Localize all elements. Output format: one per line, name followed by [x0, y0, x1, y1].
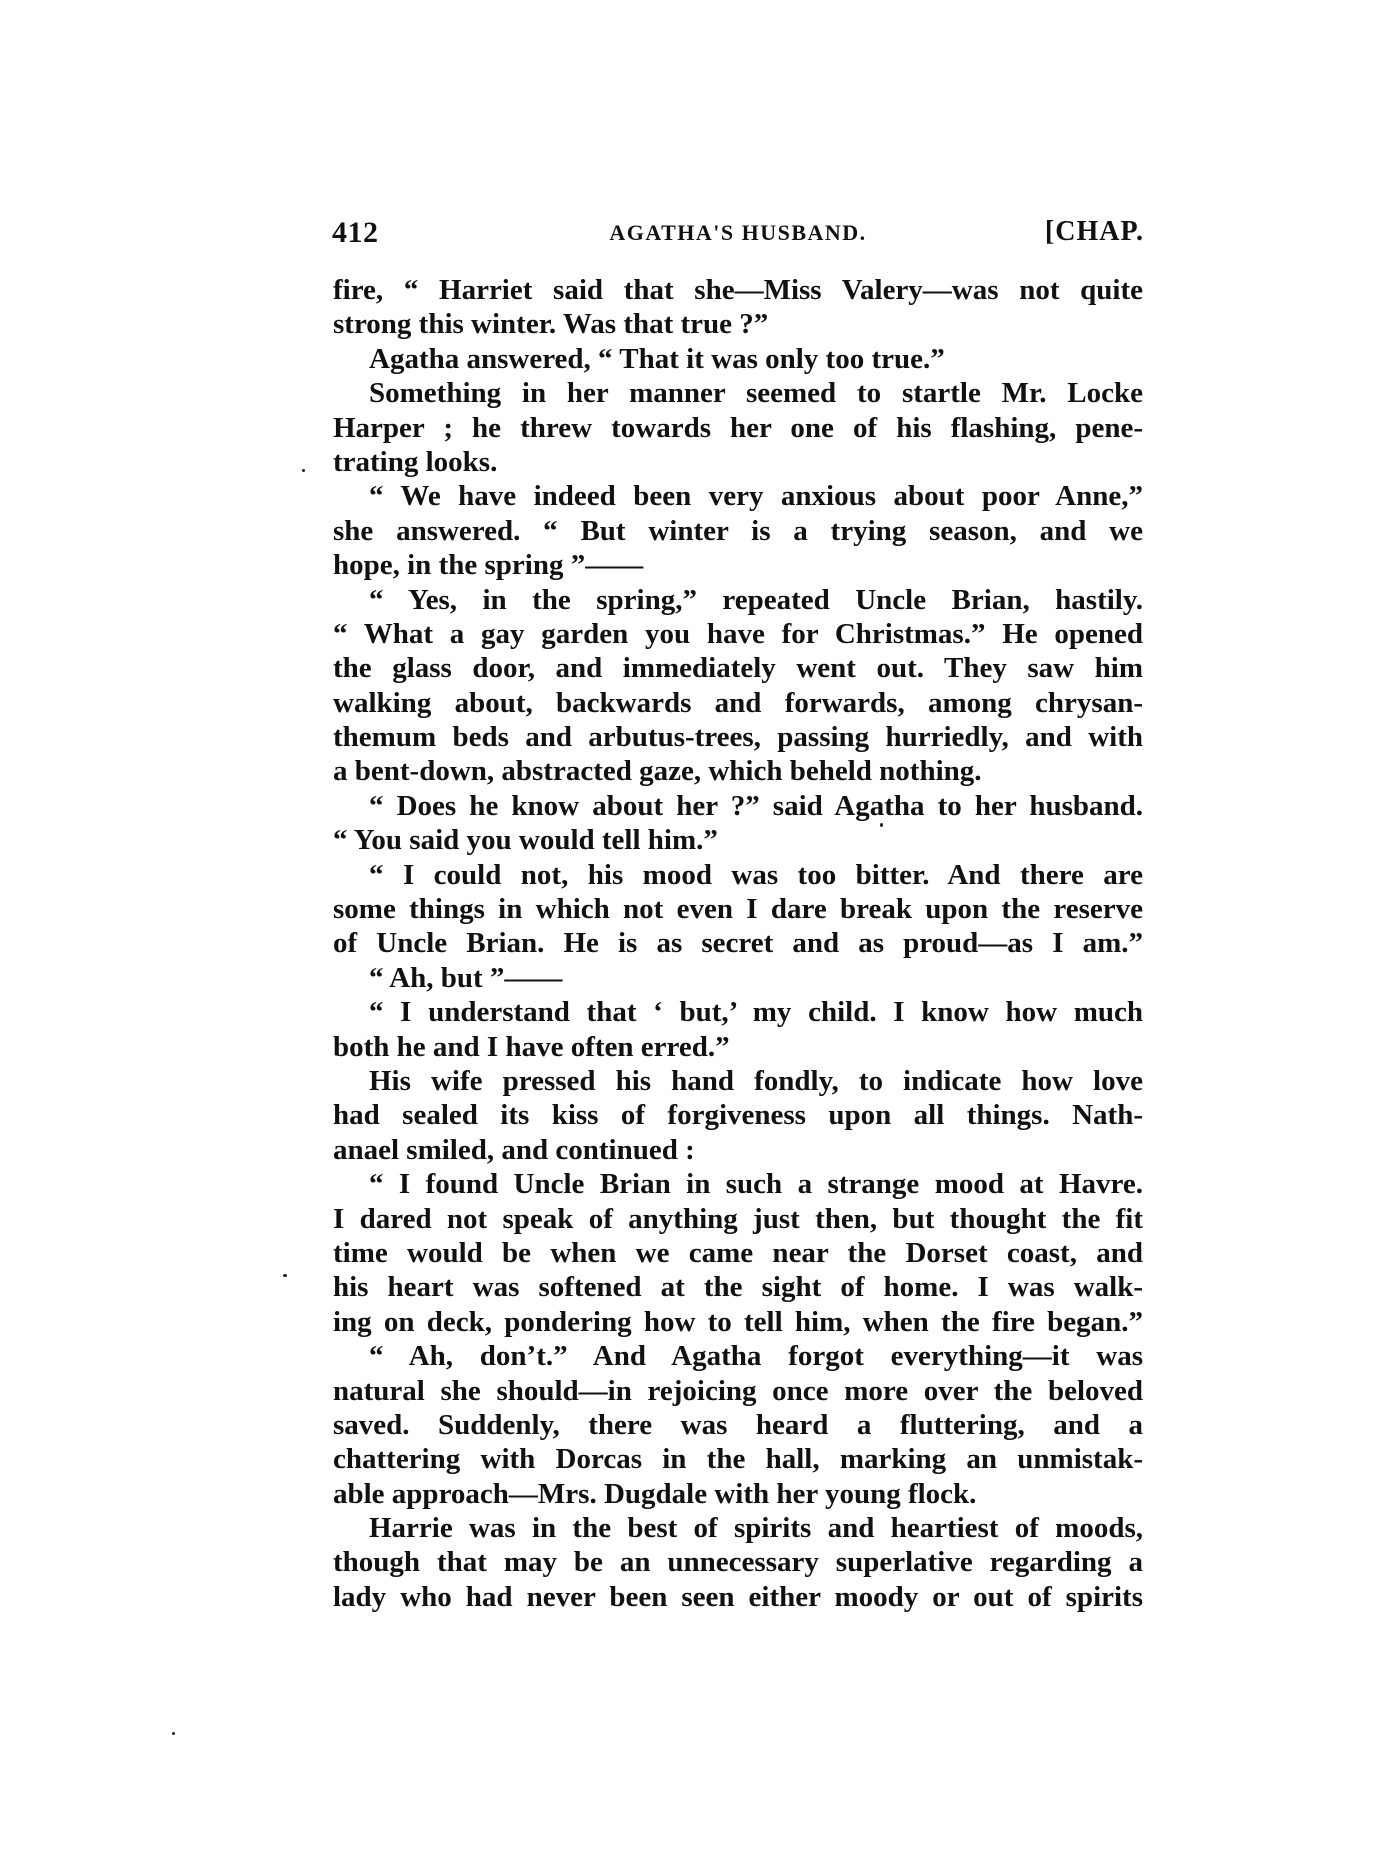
text-line: “ Does he know about her ?” said Agatha …: [333, 789, 1143, 823]
text-line: fire, “ Harriet said that she—Miss Valer…: [333, 273, 1143, 307]
text-line: the glass door, and immediately went out…: [333, 651, 1143, 685]
text-line: hope, in the spring ”——: [333, 548, 1143, 582]
scan-speck: [302, 469, 305, 472]
text-line: time would be when we came near the Dors…: [333, 1236, 1143, 1270]
text-line: I dared not speak of anything just then,…: [333, 1202, 1143, 1236]
text-line: “ I found Uncle Brian in such a strange …: [333, 1167, 1143, 1201]
text-line: a bent-down, abstracted gaze, which behe…: [333, 754, 1143, 788]
text-line: “ Ah, but ”——: [333, 961, 1143, 995]
text-line: ing on deck, pondering how to tell him, …: [333, 1305, 1143, 1339]
scan-speck: [880, 823, 883, 827]
text-line: of Uncle Brian. He is as secret and as p…: [333, 926, 1143, 960]
body-text: fire, “ Harriet said that she—Miss Valer…: [333, 273, 1143, 1614]
running-title: AGATHA'S HUSBAND.: [332, 220, 1144, 246]
text-line: Harper ; he threw towards her one of his…: [333, 411, 1143, 445]
text-line: some things in which not even I dare bre…: [333, 892, 1143, 926]
text-line: “ I could not, his mood was too bitter. …: [333, 858, 1143, 892]
text-line: “ Yes, in the spring,” repeated Uncle Br…: [333, 583, 1143, 617]
text-line: Agatha answered, “ That it was only too …: [333, 342, 1143, 376]
text-line: able approach—Mrs. Dugdale with her youn…: [333, 1477, 1143, 1511]
text-line: trating looks.: [333, 445, 1143, 479]
scan-speck: [283, 1274, 287, 1277]
text-line: lady who had never been seen either mood…: [333, 1580, 1143, 1614]
text-line: saved. Suddenly, there was heard a flutt…: [333, 1408, 1143, 1442]
text-line: strong this winter. Was that true ?”: [333, 307, 1143, 341]
text-line: walking about, backwards and forwards, a…: [333, 686, 1143, 720]
text-line: “ You said you would tell him.”: [333, 823, 1143, 857]
text-line: “ We have indeed been very anxious about…: [333, 479, 1143, 513]
text-line: chattering with Dorcas in the hall, mark…: [333, 1442, 1143, 1476]
text-line: she answered. “ But winter is a trying s…: [333, 514, 1143, 548]
text-line: themum beds and arbutus-trees, passing h…: [333, 720, 1143, 754]
text-line: “ What a gay garden you have for Christm…: [333, 617, 1143, 651]
scan-speck: [172, 1732, 175, 1735]
text-line: though that may be an unnecessary superl…: [333, 1545, 1143, 1579]
text-line: “ Ah, don’t.” And Agatha forgot everythi…: [333, 1339, 1143, 1373]
running-head: 412 AGATHA'S HUSBAND. [CHAP.: [332, 216, 1144, 256]
text-line: “ I understand that ‘ but,’ my child. I …: [333, 995, 1143, 1029]
text-line: had sealed its kiss of forgiveness upon …: [333, 1098, 1143, 1132]
text-line: his heart was softened at the sight of h…: [333, 1270, 1143, 1304]
text-line: anael smiled, and continued :: [333, 1133, 1143, 1167]
text-line: natural she should—in rejoicing once mor…: [333, 1374, 1143, 1408]
book-page: 412 AGATHA'S HUSBAND. [CHAP. fire, “ Har…: [0, 0, 1400, 1850]
text-line: Something in her manner seemed to startl…: [333, 376, 1143, 410]
chapter-mark: [CHAP.: [1045, 216, 1144, 248]
text-line: His wife pressed his hand fondly, to ind…: [333, 1064, 1143, 1098]
text-line: Harrie was in the best of spirits and he…: [333, 1511, 1143, 1545]
text-line: both he and I have often erred.”: [333, 1030, 1143, 1064]
